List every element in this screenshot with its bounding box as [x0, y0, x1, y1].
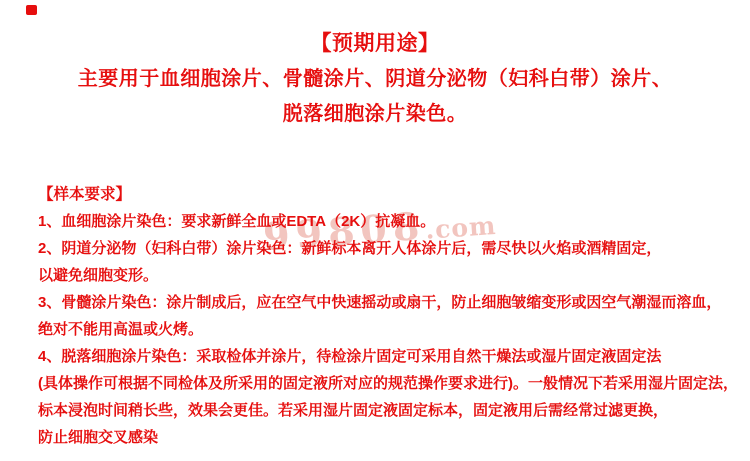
requirement-line-2: 2、阴道分泌物（妇科白带）涂片染色：新鲜标本离开人体涂片后，需尽快以火焰或酒精固… — [38, 235, 738, 262]
requirement-line-3-cont: 绝对不能用高温或火烤。 — [38, 316, 738, 343]
sample-requirements-heading: 【样本要求】 — [38, 181, 738, 208]
requirement-line-3: 3、骨髓涂片染色：涂片制成后，应在空气中快速摇动或扇干，防止细胞皱缩变形或因空气… — [38, 289, 738, 316]
requirement-line-2-cont: 以避免细胞变形。 — [38, 262, 738, 289]
red-speck-decoration — [26, 5, 37, 15]
requirement-line-4-cont-3: 防止细胞交叉感染 — [38, 424, 738, 451]
requirement-line-1: 1、血细胞涂片染色：要求新鲜全血或EDTA（2K）抗凝血。 — [38, 208, 738, 235]
requirement-line-4-cont-1: (具体操作可根据不同检体及所采用的固定液所对应的规范操作要求进行)。一般情况下若… — [38, 370, 738, 397]
product-description-page: 【预期用途】 主要用于血细胞涂片、骨髓涂片、阴道分泌物（妇科白带）涂片、 脱落细… — [0, 0, 750, 461]
requirement-line-4: 4、脱落细胞涂片染色：采取检体并涂片，待检涂片固定可采用自然干燥法或湿片固定液固… — [38, 343, 738, 370]
requirement-line-4-cont-2: 标本浸泡时间稍长些，效果会更佳。若采用湿片固定液固定标本，固定液用后需经常过滤更… — [38, 397, 738, 424]
intended-use-line-2: 脱落细胞涂片染色。 — [0, 97, 750, 126]
intended-use-heading: 【预期用途】 — [0, 27, 750, 57]
intended-use-line-1: 主要用于血细胞涂片、骨髓涂片、阴道分泌物（妇科白带）涂片、 — [0, 62, 750, 91]
sample-requirements-section: 【样本要求】 1、血细胞涂片染色：要求新鲜全血或EDTA（2K）抗凝血。 2、阴… — [38, 181, 738, 451]
